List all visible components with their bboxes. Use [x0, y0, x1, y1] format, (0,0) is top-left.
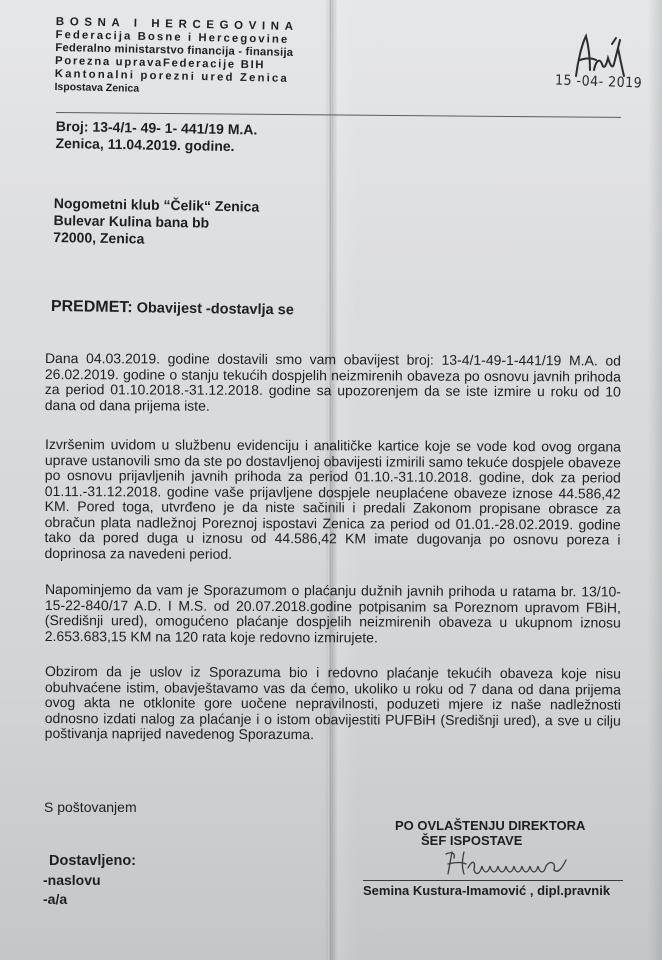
signature-authority: PO OVLAŠTENJU DIREKTORA [395, 818, 635, 833]
delivery-heading: Dostavljeno: [49, 852, 136, 871]
delivery-list: Dostavljeno: -naslovu -a/a [47, 852, 136, 909]
body-paragraph: Izvršenim uvidom u službenu evidenciju i… [44, 437, 621, 564]
subject-label: PREDMET: [51, 298, 133, 316]
delivery-item: -naslovu [43, 871, 136, 890]
closing-salutation: S poštovanjem [44, 799, 137, 815]
subject-value: Obavijest -dostavlja se [137, 300, 294, 318]
signature-block: PO OVLAŠTENJU DIREKTORA ŠEF ISPOSTAVE [365, 818, 635, 848]
letterhead: BOSNA I HERCEGOVINA Federacija Bosne i H… [54, 16, 298, 99]
body-paragraph: Obzirom da je uslov iz Sporazuma bio i r… [45, 664, 621, 744]
recipient-address: Nogometni klub “Čelik“ Zenica Bulevar Ku… [53, 195, 259, 250]
paper-edge-shadow [648, 0, 662, 960]
body-paragraph: Dana 04.03.2019. godine dostavili smo va… [45, 351, 621, 416]
receipt-date-stamp: 15 -04- 2019 [555, 72, 643, 91]
signer-name: Semina Kustura-Imamović , dipl.pravnik [363, 883, 610, 898]
body-paragraph: Napominjemo da vam je Sporazumom o plaća… [45, 582, 621, 647]
signature-line [363, 880, 623, 881]
reference-place-date: Zenica, 11.04.2019. godine. [55, 135, 257, 156]
subject-line: PREDMET: Obavijest -dostavlja se [51, 298, 294, 319]
delivery-item: -a/a [43, 890, 136, 909]
reference-block: Broj: 13-4/1- 49- 1- 441/19 M.A. Zenica,… [55, 118, 257, 156]
handwritten-signature [440, 846, 610, 880]
recipient-city: 72000, Zenica [53, 229, 259, 250]
